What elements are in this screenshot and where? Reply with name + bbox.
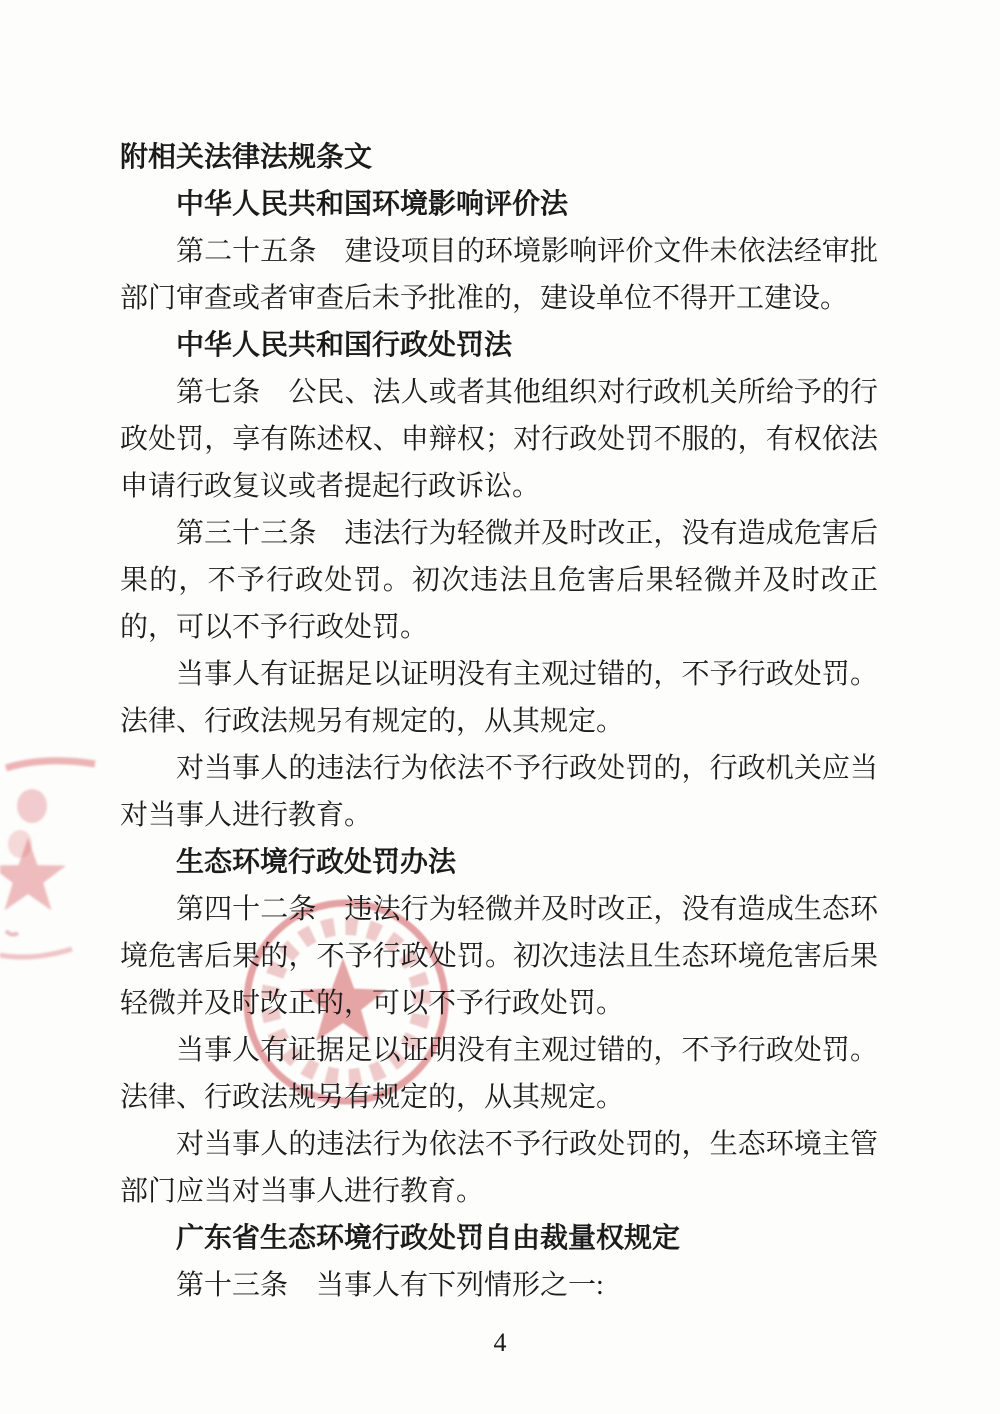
document-body: 附相关法律法规条文 中华人民共和国环境影响评价法 第二十五条 建设项目的环境影响… bbox=[120, 134, 878, 1309]
star-icon bbox=[0, 838, 66, 910]
attachment-title: 附相关法律法规条文 bbox=[120, 134, 878, 181]
document-page: 附相关法律法规条文 中华人民共和国环境影响评价法 第二十五条 建设项目的环境影响… bbox=[0, 0, 1000, 1414]
law-article-paragraph: 当事人有证据足以证明没有主观过错的，不予行政处罚。法律、行政法规另有规定的，从其… bbox=[120, 651, 878, 745]
law-name-heading: 生态环境行政处罚办法 bbox=[120, 839, 878, 886]
law-article-paragraph: 第二十五条 建设项目的环境影响评价文件未依法经审批部门审查或者审查后未予批准的，… bbox=[120, 228, 878, 322]
law-article-paragraph: 第十三条 当事人有下列情形之一: bbox=[120, 1262, 878, 1309]
partial-seal-stamp bbox=[0, 748, 110, 978]
law-article-paragraph: 对当事人的违法行为依法不予行政处罚的，生态环境主管部门应当对当事人进行教育。 bbox=[120, 1121, 878, 1215]
law-name-heading: 中华人民共和国环境影响评价法 bbox=[120, 181, 878, 228]
law-article-paragraph: 第四十二条 违法行为轻微并及时改正，没有造成生态环境危害后果的，不予行政处罚。初… bbox=[120, 886, 878, 1027]
law-article-paragraph: 当事人有证据足以证明没有主观过错的，不予行政处罚。法律、行政法规另有规定的，从其… bbox=[120, 1027, 878, 1121]
law-article-paragraph: 第三十三条 违法行为轻微并及时改正，没有造成危害后果的，不予行政处罚。初次违法且… bbox=[120, 510, 878, 651]
law-name-heading: 广东省生态环境行政处罚自由裁量权规定 bbox=[120, 1215, 878, 1262]
law-article-paragraph: 对当事人的违法行为依法不予行政处罚的，行政机关应当对当事人进行教育。 bbox=[120, 745, 878, 839]
law-name-heading: 中华人民共和国行政处罚法 bbox=[120, 322, 878, 369]
page-number: 4 bbox=[0, 1328, 1000, 1358]
law-article-paragraph: 第七条 公民、法人或者其他组织对行政机关所给予的行政处罚，享有陈述权、申辩权；对… bbox=[120, 369, 878, 510]
